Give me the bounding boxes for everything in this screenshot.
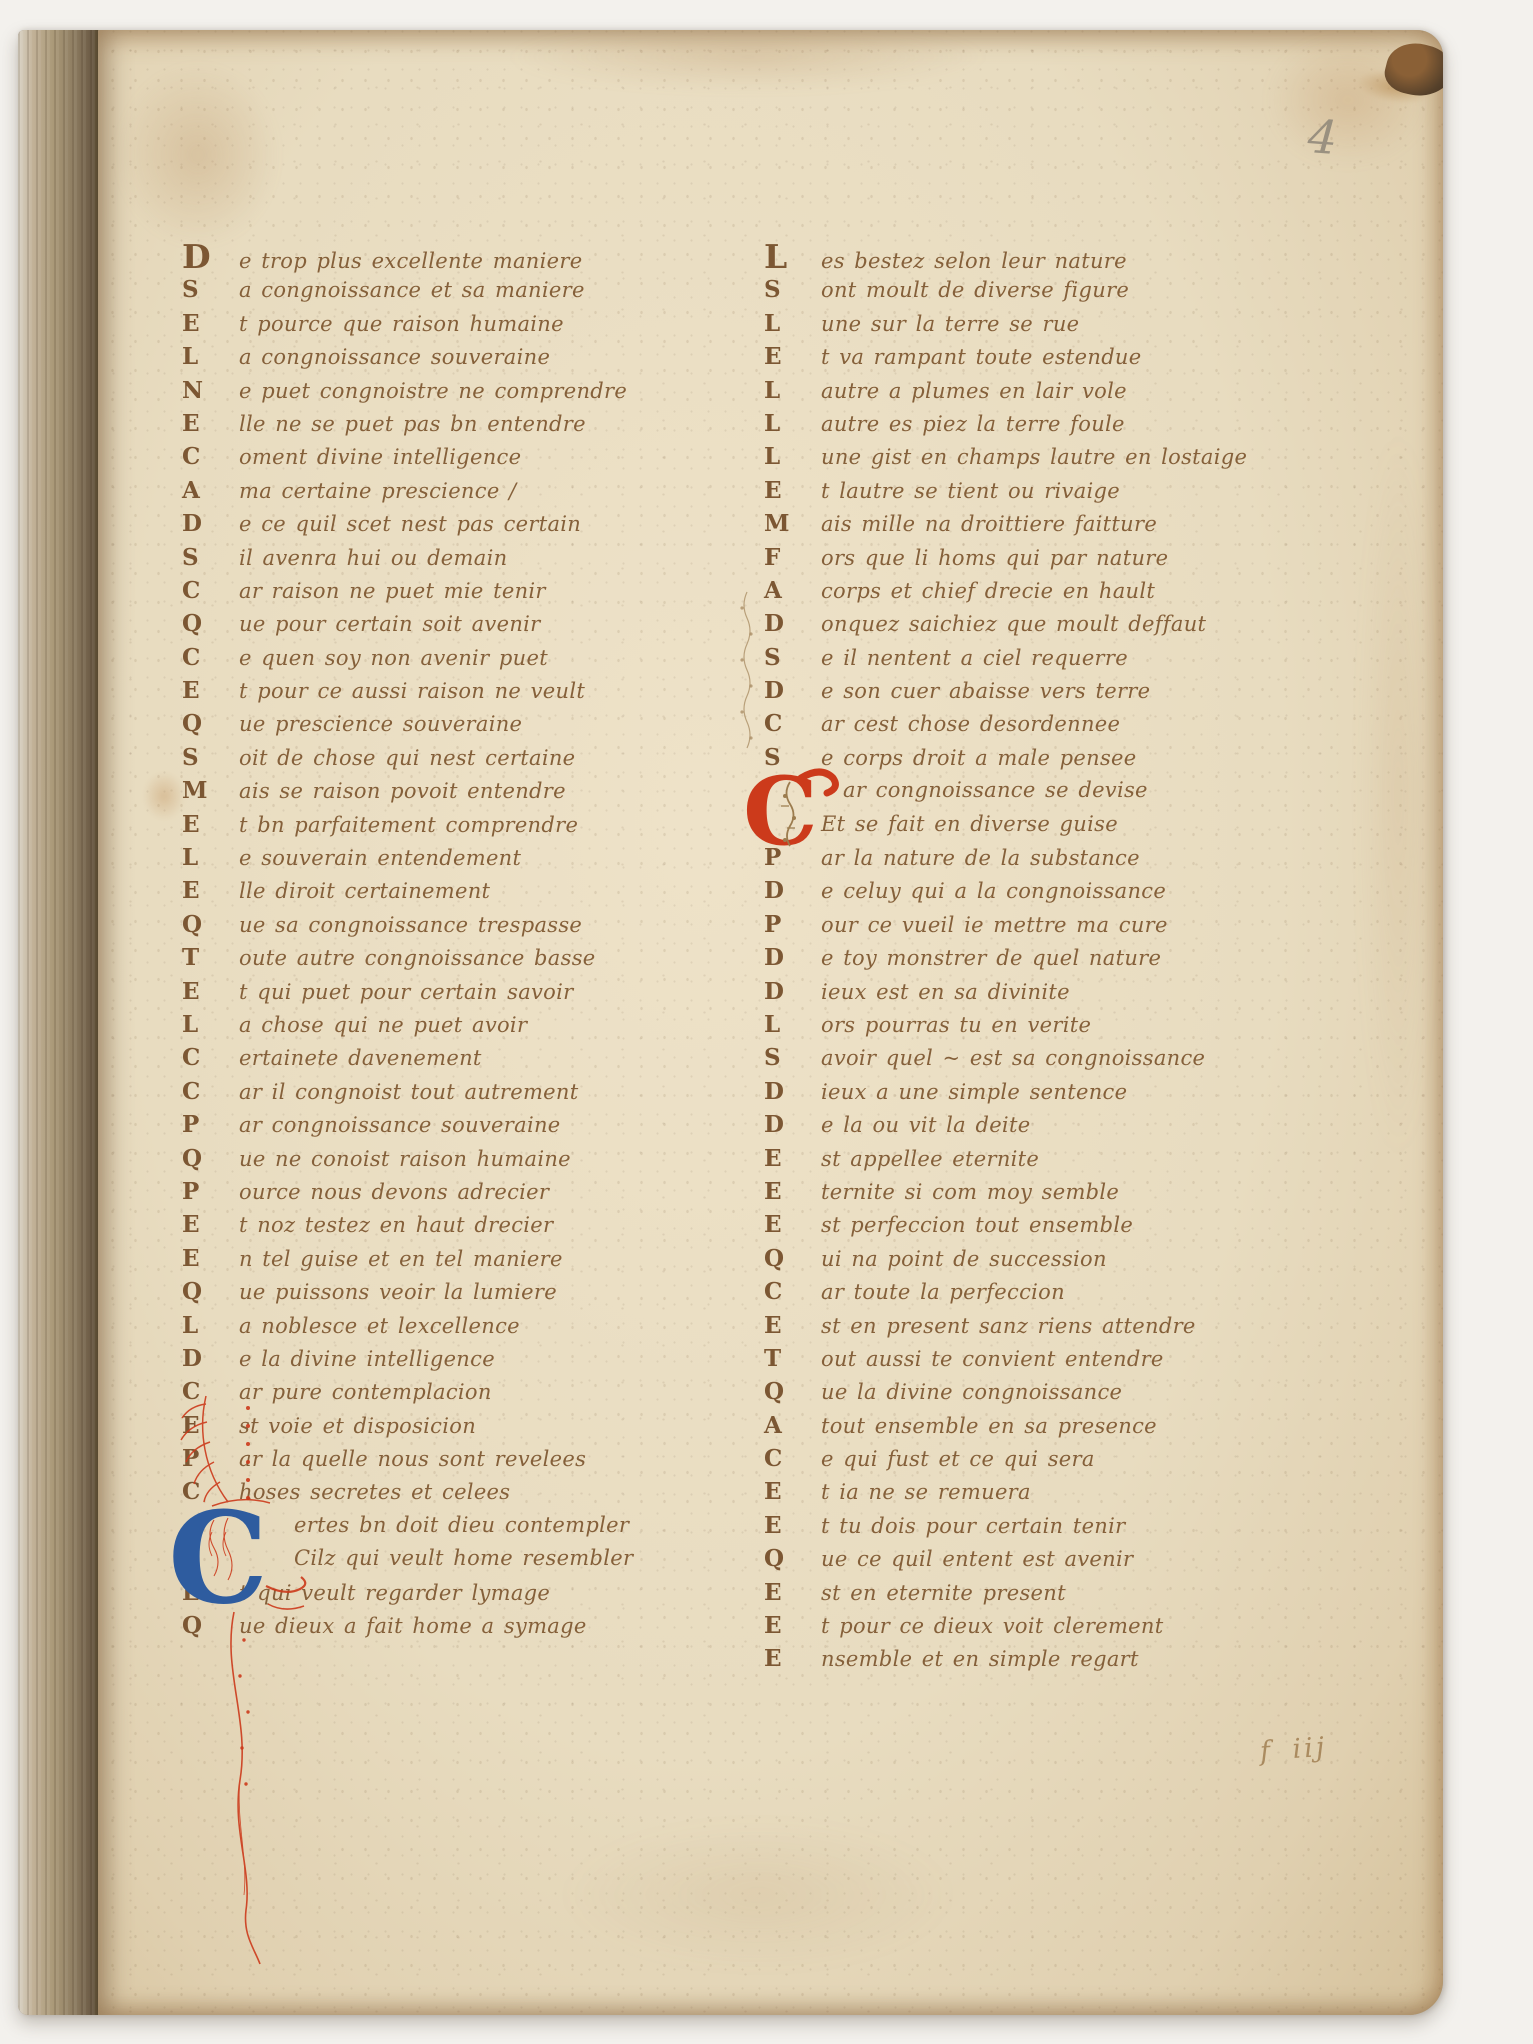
line-text: e qui fust et ce qui sera <box>821 1443 1095 1476</box>
manuscript-line: Pour ce vueil ie mettre ma cure <box>762 908 1342 941</box>
manuscript-line: Que prescience souveraine <box>180 707 740 740</box>
manuscript-line: La noblesce et lexcellence <box>180 1309 740 1342</box>
manuscript-line: Que dieux a fait home a symage <box>180 1609 740 1642</box>
manuscript-line: Elle diroit certainement <box>180 874 740 907</box>
line-initial: C <box>180 1475 239 1508</box>
line-text: ertes bn doit dieu contempler <box>239 1509 629 1542</box>
manuscript-line: Est perfeccion tout ensemble <box>762 1208 1342 1241</box>
line-text: ar la nature de la substance <box>821 842 1140 875</box>
line-text: ue pour certain soit avenir <box>239 608 541 641</box>
manuscript-line: Et lautre se tient ou rivaige <box>762 474 1342 507</box>
line-initial: Q <box>762 1375 821 1408</box>
line-text: oit de chose qui nest certaine <box>239 742 575 775</box>
manuscript-line: Mais mille na droittiere faitture <box>762 507 1342 540</box>
line-text: onquez saichiez que moult deffaut <box>821 608 1206 641</box>
manuscript-line: Par la nature de la substance <box>762 841 1342 874</box>
line-text: e puet congnoistre ne comprendre <box>239 375 627 408</box>
manuscript-line: Atout ensemble en sa presence <box>762 1409 1342 1442</box>
manuscript-line: Et pour ce dieux voit clerement <box>762 1609 1342 1642</box>
line-initial: E <box>762 1142 821 1175</box>
line-initial: E <box>180 1208 239 1241</box>
manuscript-line: Car pure contemplacion <box>180 1375 740 1408</box>
line-initial: L <box>762 240 821 273</box>
manuscript-line: Et bn parfaitement comprendre <box>180 808 740 841</box>
line-text: t pource que raison humaine <box>239 308 564 341</box>
line-text: t ia ne se remuera <box>821 1476 1031 1509</box>
line-initial: P <box>180 1108 239 1141</box>
folio-number: 4 <box>1306 113 1338 161</box>
line-text: e la divine intelligence <box>239 1343 495 1376</box>
line-text: tout ensemble en sa presence <box>821 1410 1157 1443</box>
line-initial: C <box>180 641 239 674</box>
line-text: t tu dois pour certain tenir <box>821 1510 1125 1543</box>
manuscript-line: Lautre a plumes en lair vole <box>762 374 1342 407</box>
manuscript-line: Et qui puet pour certain savoir <box>180 975 740 1008</box>
line-text: ais se raison povoit entendre <box>239 775 566 808</box>
line-text: ar congnoissance souveraine <box>239 1109 561 1142</box>
line-text: e il nentent a ciel requerre <box>821 642 1128 675</box>
line-initial: M <box>180 774 239 807</box>
manuscript-line: Se il nentent a ciel requerre <box>762 641 1342 674</box>
line-text: t pour ce aussi raison ne veult <box>239 675 585 708</box>
line-text: e son cuer abaisse vers terre <box>821 675 1150 708</box>
manuscript-line: De trop plus excellente maniere <box>180 240 740 273</box>
marginal-penwork-chain <box>738 590 756 775</box>
line-text: e toy monstrer de quel nature <box>821 942 1161 975</box>
line-initial: C <box>180 1375 239 1408</box>
line-text: st en eternite present <box>821 1577 1066 1610</box>
parchment-stain <box>1353 320 1443 1270</box>
line-initial: L <box>762 1008 821 1041</box>
line-text: e la ou vit la deite <box>821 1109 1030 1142</box>
line-initial: E <box>762 340 821 373</box>
line-text: ieux est en sa divinite <box>821 976 1070 1009</box>
manuscript-line: Dieux a une simple sentence <box>762 1075 1342 1108</box>
manuscript-line: Et tu dois pour certain tenir <box>762 1509 1342 1542</box>
line-text: t pour ce dieux voit clerement <box>821 1610 1163 1643</box>
line-text: ource nous devons adrecier <box>239 1176 549 1209</box>
manuscript-line: Ce qui fust et ce qui sera <box>762 1442 1342 1475</box>
line-initial: Q <box>180 1142 239 1175</box>
line-initial: P <box>180 1442 239 1475</box>
line-text: t va rampant toute estendue <box>821 341 1142 374</box>
line-initial: E <box>180 874 239 907</box>
line-initial: C <box>762 707 821 740</box>
line-initial: P <box>762 908 821 941</box>
line-text: t noz testez en haut drecier <box>239 1209 553 1242</box>
line-text: ue puissons veoir la lumiere <box>239 1276 557 1309</box>
line-text: e corps droit a male pensee <box>821 742 1136 775</box>
line-initial: Q <box>180 1275 239 1308</box>
line-initial: D <box>762 975 821 1008</box>
line-text: st perfeccion tout ensemble <box>821 1209 1133 1242</box>
manuscript-line: Lors pourras tu en verite <box>762 1008 1342 1041</box>
manuscript-line: Certainete davenement <box>180 1041 740 1074</box>
line-initial: D <box>762 674 821 707</box>
manuscript-line: ar congnoissance se devise <box>762 774 1342 807</box>
manuscript-line: De toy monstrer de quel nature <box>762 941 1342 974</box>
manuscript-line: Dieux est en sa divinite <box>762 975 1342 1008</box>
line-initial: S <box>762 641 821 674</box>
line-text: our ce vueil ie mettre ma cure <box>821 909 1168 942</box>
line-text: ue la divine congnoissance <box>821 1376 1122 1409</box>
line-text: ue prescience souveraine <box>239 708 522 741</box>
line-initial: D <box>762 607 821 640</box>
manuscript-line: Que ce quil entent est avenir <box>762 1542 1342 1575</box>
text-column-right: Les bestez selon leur natureSont moult d… <box>762 240 1342 1676</box>
manuscript-line: De son cuer abaisse vers terre <box>762 674 1342 707</box>
text-column-left: De trop plus excellente maniereSa congno… <box>180 240 740 1642</box>
line-text: ar la quelle nous sont revelees <box>239 1443 586 1476</box>
manuscript-line: De la divine intelligence <box>180 1342 740 1375</box>
manuscript-line: Cilz qui veult home resembler <box>180 1542 740 1575</box>
manuscript-line: Toute autre congnoissance basse <box>180 941 740 974</box>
line-text: ais mille na droittiere faitture <box>821 508 1157 541</box>
line-text: ar congnoissance se devise <box>821 774 1148 807</box>
line-initial: C <box>762 1275 821 1308</box>
line-text: a chose qui ne puet avoir <box>239 1009 527 1042</box>
manuscript-line: Par la quelle nous sont revelees <box>180 1442 740 1475</box>
line-initial: E <box>762 1509 821 1542</box>
line-text: a noblesce et lexcellence <box>239 1310 520 1343</box>
line-text: e trop plus excellente maniere <box>239 245 582 278</box>
line-initial: S <box>762 1041 821 1074</box>
line-initial: A <box>762 574 821 607</box>
line-initial: E <box>180 975 239 1008</box>
line-initial: E <box>762 1475 821 1508</box>
manuscript-line: Coment divine intelligence <box>180 440 740 473</box>
line-text: Et se fait en diverse guise <box>821 808 1118 841</box>
line-initial: L <box>180 1309 239 1342</box>
parchment-stain <box>498 1800 1018 1990</box>
manuscript-line: Soit de chose qui nest certaine <box>180 741 740 774</box>
manuscript-line: En tel guise et en tel maniere <box>180 1242 740 1275</box>
line-initial: E <box>180 1242 239 1275</box>
manuscript-line: Et noz testez en haut drecier <box>180 1208 740 1241</box>
manuscript-line: Ensemble et en simple regart <box>762 1642 1342 1675</box>
manuscript-line: Sil avenra hui ou demain <box>180 541 740 574</box>
line-text: t bn parfaitement comprendre <box>239 809 578 842</box>
photo-backdrop: { "page": { "folio_number": "4", "quire_… <box>0 0 1533 2044</box>
manuscript-line: Car cest chose desordennee <box>762 707 1342 740</box>
line-initial: E <box>180 1409 239 1442</box>
line-initial: E <box>762 1642 821 1675</box>
line-initial: Q <box>180 908 239 941</box>
line-initial: A <box>180 474 239 507</box>
line-text: t qui veult regarder lymage <box>239 1577 550 1610</box>
line-text: une gist en champs lautre en lostaige <box>821 441 1247 474</box>
line-initial: S <box>180 541 239 574</box>
line-initial: L <box>762 440 821 473</box>
line-text: une sur la terre se rue <box>821 308 1079 341</box>
line-text: autre es piez la terre foule <box>821 408 1125 441</box>
manuscript-line: Lune sur la terre se rue <box>762 307 1342 340</box>
line-text: lle diroit certainement <box>239 875 490 908</box>
line-initial: E <box>762 1175 821 1208</box>
line-initial: D <box>180 507 239 540</box>
line-initial: A <box>762 1409 821 1442</box>
manuscript-line: Par congnoissance souveraine <box>180 1108 740 1141</box>
line-text: il avenra hui ou demain <box>239 542 507 575</box>
manuscript-line: Ce quen soy non avenir puet <box>180 641 740 674</box>
parchment-stain <box>428 30 1068 102</box>
line-text: ternite si com moy semble <box>821 1176 1119 1209</box>
manuscript-line: Choses secretes et celees <box>180 1475 740 1508</box>
manuscript-line: De celuy qui a la congnoissance <box>762 874 1342 907</box>
manuscript-line: Mais se raison povoit entendre <box>180 774 740 807</box>
line-initial: L <box>180 1008 239 1041</box>
line-text: ue sa congnoissance trespasse <box>239 909 582 942</box>
manuscript-line: Et se fait en diverse guise <box>762 808 1342 841</box>
manuscript-line: Car toute la perfeccion <box>762 1275 1342 1308</box>
line-text: hoses secretes et celees <box>239 1476 510 1509</box>
line-text: ertainete davenement <box>239 1042 482 1075</box>
line-initial: L <box>180 841 239 874</box>
line-text: oute autre congnoissance basse <box>239 942 596 975</box>
line-text: ue ne conoist raison humaine <box>239 1143 571 1176</box>
line-initial: D <box>762 874 821 907</box>
line-initial: E <box>180 674 239 707</box>
manuscript-line: Est appellee eternite <box>762 1142 1342 1175</box>
line-initial: C <box>762 1442 821 1475</box>
manuscript-line: ertes bn doit dieu contempler <box>180 1509 740 1542</box>
manuscript-line: Lune gist en champs lautre en lostaige <box>762 440 1342 473</box>
line-text: st appellee eternite <box>821 1143 1039 1176</box>
line-text: st voie et disposicion <box>239 1410 476 1443</box>
line-text: ors pourras tu en verite <box>821 1009 1091 1042</box>
line-text: e quen soy non avenir puet <box>239 642 548 675</box>
manuscript-line: Elle ne se puet pas bn entendre <box>180 407 740 440</box>
line-initial: Q <box>180 607 239 640</box>
line-text: autre a plumes en lair vole <box>821 375 1127 408</box>
manuscript-line: Donquez saichiez que moult deffaut <box>762 607 1342 640</box>
line-text: es bestez selon leur nature <box>821 245 1127 278</box>
line-text: ar il congnoist tout autrement <box>239 1076 578 1109</box>
manuscript-line: Le souverain entendement <box>180 841 740 874</box>
manuscript-line: Que puissons veoir la lumiere <box>180 1275 740 1308</box>
line-initial: D <box>180 240 239 273</box>
line-initial: Q <box>762 1242 821 1275</box>
line-initial: E <box>180 307 239 340</box>
line-initial: C <box>180 440 239 473</box>
manuscript-line: La chose qui ne puet avoir <box>180 1008 740 1041</box>
line-text: oment divine intelligence <box>239 441 521 474</box>
line-initial: Q <box>180 707 239 740</box>
line-text: e souverain entendement <box>239 842 521 875</box>
line-initial: S <box>180 741 239 774</box>
manuscript-line: Car raison ne puet mie tenir <box>180 574 740 607</box>
line-initial: S <box>180 273 239 306</box>
manuscript-line: Pource nous devons adrecier <box>180 1175 740 1208</box>
line-initial: E <box>762 1609 821 1642</box>
manuscript-line: Que ne conoist raison humaine <box>180 1142 740 1175</box>
line-initial: C <box>180 1041 239 1074</box>
manuscript-page: 4 De trop plus excellente maniereSa cong… <box>98 30 1443 2015</box>
manuscript-line: Savoir quel ~ est sa congnoissance <box>762 1041 1342 1074</box>
line-initial: D <box>762 1075 821 1108</box>
line-text: ors que li homs qui par nature <box>821 542 1168 575</box>
line-initial: N <box>180 374 239 407</box>
line-text: a congnoissance et sa maniere <box>239 274 585 307</box>
line-initial: S <box>762 741 821 774</box>
manuscript-line: Et pource que raison humaine <box>180 307 740 340</box>
line-initial: E <box>180 407 239 440</box>
line-initial: L <box>180 340 239 373</box>
manuscript-line: Eternite si com moy semble <box>762 1175 1342 1208</box>
manuscript-line: Et va rampant toute estendue <box>762 340 1342 373</box>
line-initial: S <box>762 273 821 306</box>
manuscript-line: De la ou vit la deite <box>762 1108 1342 1141</box>
line-initial: D <box>762 941 821 974</box>
line-initial: M <box>762 507 821 540</box>
line-text: ont moult de diverse figure <box>821 274 1129 307</box>
manuscript-line: Se corps droit a male pensee <box>762 741 1342 774</box>
manuscript-line: Tout aussi te convient entendre <box>762 1342 1342 1375</box>
line-initial: P <box>762 841 821 874</box>
line-text: e ce quil scet nest pas certain <box>239 508 581 541</box>
line-initial: D <box>180 1342 239 1375</box>
line-initial: P <box>180 1175 239 1208</box>
line-text: a congnoissance souveraine <box>239 341 550 374</box>
line-text: lle ne se puet pas bn entendre <box>239 408 586 441</box>
line-text: avoir quel ~ est sa congnoissance <box>821 1042 1205 1075</box>
manuscript-line: Les bestez selon leur nature <box>762 240 1342 273</box>
line-text: Cilz qui veult home resembler <box>239 1542 633 1575</box>
line-initial: T <box>180 941 239 974</box>
manuscript-line: Lautre es piez la terre foule <box>762 407 1342 440</box>
manuscript-line: Est en present sanz riens attendre <box>762 1309 1342 1342</box>
manuscript-line: Que la divine congnoissance <box>762 1375 1342 1408</box>
line-initial: D <box>762 1108 821 1141</box>
line-initial: L <box>762 307 821 340</box>
line-text: n tel guise et en tel maniere <box>239 1243 563 1276</box>
line-text: ar pure contemplacion <box>239 1376 492 1409</box>
line-initial: Q <box>180 1609 239 1642</box>
line-text: ma certaine prescience / <box>239 475 516 508</box>
line-initial: E <box>180 1576 239 1609</box>
manuscript-line: Sa congnoissance et sa maniere <box>180 273 740 306</box>
line-initial: E <box>762 474 821 507</box>
manuscript-line: La congnoissance souveraine <box>180 340 740 373</box>
manuscript-book: 4 De trop plus excellente maniereSa cong… <box>18 30 1443 2015</box>
line-initial: E <box>180 808 239 841</box>
line-initial: F <box>762 541 821 574</box>
quire-signature: f iij <box>1259 1734 1328 1766</box>
line-text: ue ce quil entent est avenir <box>821 1543 1133 1576</box>
manuscript-line: De ce quil scet nest pas certain <box>180 507 740 540</box>
line-text: ue dieux a fait home a symage <box>239 1610 587 1643</box>
manuscript-line: Fors que li homs qui par nature <box>762 541 1342 574</box>
manuscript-line: Et qui veult regarder lymage <box>180 1576 740 1609</box>
line-text: ar cest chose desordennee <box>821 708 1120 741</box>
line-text: e celuy qui a la congnoissance <box>821 875 1166 908</box>
manuscript-line: Car il congnoist tout autrement <box>180 1075 740 1108</box>
manuscript-line: Est en eternite present <box>762 1576 1342 1609</box>
manuscript-line: Acorps et chief drecie en hault <box>762 574 1342 607</box>
line-initial: T <box>762 1342 821 1375</box>
line-text: ui na point de succession <box>821 1243 1107 1276</box>
line-initial: E <box>762 1208 821 1241</box>
line-text: corps et chief drecie en hault <box>821 575 1155 608</box>
manuscript-line: Que sa congnoissance trespasse <box>180 908 740 941</box>
book-spine-edge <box>18 30 98 2015</box>
manuscript-line: Ne puet congnoistre ne comprendre <box>180 374 740 407</box>
line-text: t lautre se tient ou rivaige <box>821 475 1120 508</box>
manuscript-line: Est voie et disposicion <box>180 1409 740 1442</box>
manuscript-line: Ama certaine prescience / <box>180 474 740 507</box>
line-initial: Q <box>762 1542 821 1575</box>
line-text: ieux a une simple sentence <box>821 1076 1127 1109</box>
line-text: out aussi te convient entendre <box>821 1343 1164 1376</box>
manuscript-line: Que pour certain soit avenir <box>180 607 740 640</box>
line-initial: C <box>180 1075 239 1108</box>
line-text: t qui puet pour certain savoir <box>239 976 573 1009</box>
line-text: ar toute la perfeccion <box>821 1276 1065 1309</box>
line-initial: L <box>762 374 821 407</box>
line-text: nsemble et en simple regart <box>821 1643 1139 1676</box>
manuscript-line: Et pour ce aussi raison ne veult <box>180 674 740 707</box>
manuscript-line: Qui na point de succession <box>762 1242 1342 1275</box>
line-initial: L <box>762 407 821 440</box>
line-text: ar raison ne puet mie tenir <box>239 575 546 608</box>
manuscript-line: Sont moult de diverse figure <box>762 273 1342 306</box>
line-initial: C <box>180 574 239 607</box>
line-initial: E <box>762 1309 821 1342</box>
line-text: st en present sanz riens attendre <box>821 1310 1196 1343</box>
manuscript-line: Et ia ne se remuera <box>762 1475 1342 1508</box>
line-initial: E <box>762 1576 821 1609</box>
